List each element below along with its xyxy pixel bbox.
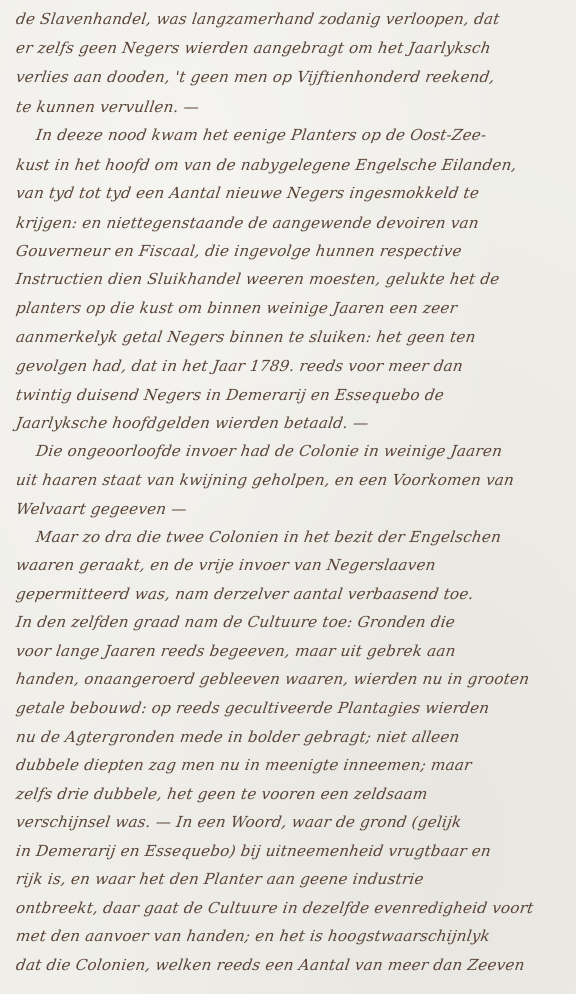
manuscript-page: de Slavenhandel, was langzamerhand zodan… (0, 0, 576, 994)
manuscript-line: Instructien dien Sluikhandel weeren moes… (14, 264, 574, 294)
manuscript-line: er zelfs geen Negers wierden aangebragt … (14, 33, 574, 63)
manuscript-line: nu de Agtergronden mede in bolder gebrag… (14, 722, 574, 752)
manuscript-line: Gouverneur en Fiscaal, die ingevolge hun… (14, 236, 574, 266)
manuscript-line: in Demerarij en Essequebo) bij uitneemen… (14, 836, 574, 866)
manuscript-line: dat die Colonien, welken reeds een Aanta… (14, 950, 574, 980)
manuscript-line: Die ongeoorloofde invoer had de Colonie … (34, 436, 574, 466)
manuscript-line: In deeze nood kwam het eenige Planters o… (34, 120, 574, 150)
manuscript-line: gevolgen had, dat in het Jaar 1789. reed… (14, 351, 574, 381)
manuscript-line: handen, onaangeroerd gebleeven waaren, w… (14, 664, 574, 694)
manuscript-line: gepermitteerd was, nam derzelver aantal … (14, 579, 574, 609)
manuscript-line: planters op die kust om binnen weinige J… (14, 293, 574, 323)
manuscript-line: dubbele diepten zag men nu in meenigte i… (14, 750, 574, 780)
manuscript-line: rijk is, en waar het den Planter aan gee… (14, 864, 574, 894)
manuscript-line: krijgen: en niettegenstaande de aangewen… (14, 208, 574, 238)
manuscript-line: met den aanvoer van handen; en het is ho… (14, 921, 574, 951)
manuscript-line: ontbreekt, daar gaat de Cultuure in deze… (14, 893, 574, 923)
manuscript-line: Jaarlyksche hoofdgelden wierden betaald.… (14, 408, 574, 438)
manuscript-line: verschijnsel was. — In een Woord, waar d… (14, 807, 574, 837)
manuscript-line: voor lange Jaaren reeds begeeven, maar u… (14, 636, 574, 666)
manuscript-line: uit haaren staat van kwijning geholpen, … (14, 465, 574, 495)
manuscript-line: In den zelfden graad nam de Cultuure toe… (14, 607, 574, 637)
manuscript-line-underlined: zelfs drie dubbele, het geen te vooren e… (14, 779, 574, 809)
manuscript-line: aanmerkelyk getal Negers binnen te sluik… (14, 322, 574, 352)
manuscript-line: twintig duisend Negers in Demerarij en E… (14, 380, 574, 410)
manuscript-line: kust in het hoofd om van de nabygelegene… (14, 150, 574, 180)
manuscript-line: de Slavenhandel, was langzamerhand zodan… (14, 4, 574, 34)
manuscript-line: Maar zo dra die twee Colonien in het bez… (34, 522, 574, 552)
manuscript-line: getale bebouwd: op reeds gecultiveerde P… (14, 693, 574, 723)
manuscript-line: verlies aan dooden, 't geen men op Vijft… (14, 62, 574, 92)
manuscript-line: te kunnen vervullen. — (14, 92, 574, 122)
manuscript-line: waaren geraakt, en de vrije invoer van N… (14, 550, 574, 580)
manuscript-line: van tyd tot tyd een Aantal nieuwe Negers… (14, 178, 574, 208)
manuscript-line: Welvaart gegeeven — (14, 494, 574, 524)
